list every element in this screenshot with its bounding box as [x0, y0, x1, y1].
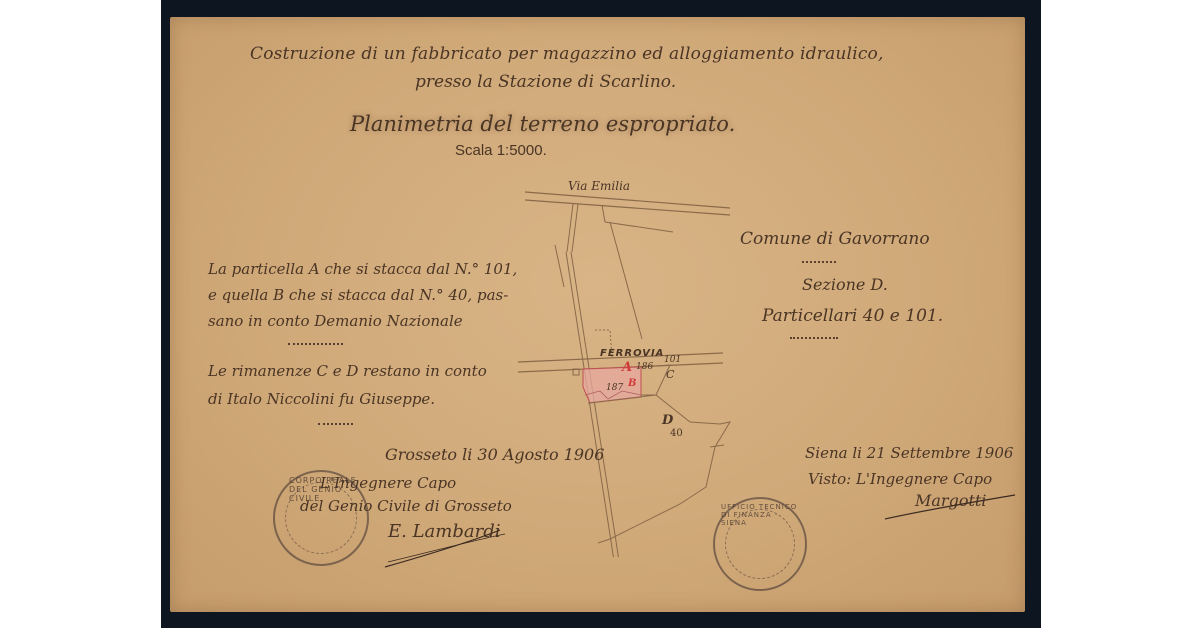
note-line-3: sano in conto Demanio Nazionale: [208, 312, 463, 330]
note-line-4: Le rimanenze C e D restano in conto: [208, 362, 487, 380]
parcel-a-label: A: [622, 360, 632, 375]
note-line-1: La particella A che si stacca dal N.° 10…: [208, 260, 517, 278]
document-title-line2: presso la Stazione di Scarlino.: [415, 72, 676, 92]
document-title-line1: Costruzione di un fabbricato per magazzi…: [250, 44, 884, 64]
signature-flourish: [380, 522, 510, 572]
parcel-map: [510, 177, 930, 557]
divider-squiggle: [318, 419, 353, 425]
parcel-c-label: C: [666, 368, 674, 381]
note-line-5: di Italo Niccolini fu Giuseppe.: [208, 390, 435, 408]
left-official-stamp: CORPO REALE DEL GENIO CIVILE: [273, 470, 369, 566]
parcel-b-number: 187: [606, 383, 623, 393]
left-place-date: Grosseto li 30 Agosto 1906: [385, 445, 604, 464]
parcel-a-number: 186: [636, 362, 653, 372]
parcel-b-label: B: [628, 378, 636, 389]
right-official-stamp: UFFICIO TECNICO DI FINANZA · SIENA: [713, 497, 807, 591]
document-subtitle: Planimetria del terreno espropriato.: [350, 112, 735, 136]
note-line-2: e quella B che si stacca dal N.° 40, pas…: [208, 286, 508, 304]
parcel-d-number: 40: [670, 428, 683, 439]
right-place-date: Siena li 21 Settembre 1906: [805, 444, 1013, 462]
parcel-c-number: 101: [664, 355, 681, 365]
road-label: Via Emilia: [568, 179, 630, 193]
parcel-d-label: D: [662, 413, 673, 428]
signature-flourish: [880, 487, 1020, 527]
scale-label: Scala 1:5000.: [455, 142, 547, 159]
divider-squiggle: [288, 339, 343, 345]
right-signer-title: Visto: L'Ingegnere Capo: [808, 470, 992, 488]
document-sheet: Costruzione di un fabbricato per magazzi…: [170, 17, 1025, 612]
railway-label: FERROVIA: [600, 348, 664, 359]
